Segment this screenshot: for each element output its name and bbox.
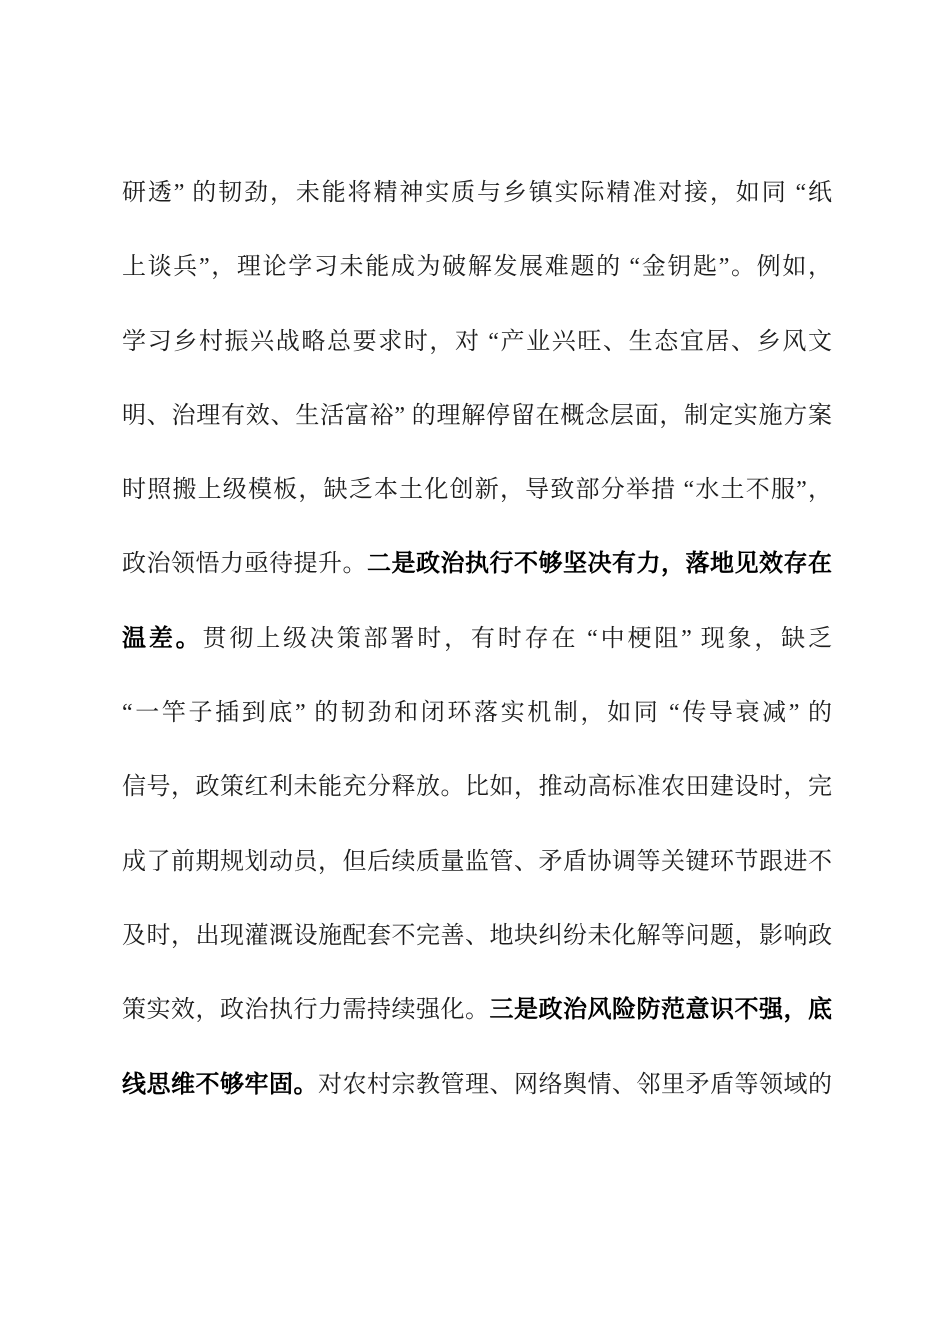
text-line-10: 成了前期规划动员，但后续质量监管、矛盾协调等关键环节跟进不	[122, 825, 832, 899]
text-segment: 研透” 的韧劲，未能将精神实质与乡镇实际精准对接，如同 “纸	[122, 180, 832, 206]
text-segment: 上谈兵”，理论学习未能成为破解发展难题的 “金钥匙”。例如，	[122, 254, 832, 280]
text-segment: 时照搬上级模板，缺乏本土化创新，导致部分举措 “水土不服”，	[122, 477, 832, 503]
text-segment: 信号，政策红利未能充分释放。比如，推动高标准农田建设时，完	[122, 774, 832, 800]
text-line-6: 政治领悟力亟待提升。二是政治执行不够坚决有力，落地见效存在	[122, 527, 832, 601]
text-segment: 政治领悟力亟待提升。	[122, 551, 367, 577]
text-line-2: 上谈兵”，理论学习未能成为破解发展难题的 “金钥匙”。例如，	[122, 230, 832, 304]
bold-text-segment: 三是政治风险防范意识不强，底	[490, 997, 833, 1023]
text-line-11: 及时，出现灌溉设施配套不完善、地块纠纷未化解等问题，影响政	[122, 899, 832, 973]
text-line-13: 线思维不够牢固。对农村宗教管理、网络舆情、邻里矛盾等领域的	[122, 1048, 832, 1122]
text-line-4: 明、治理有效、生活富裕” 的理解停留在概念层面，制定实施方案	[122, 379, 832, 453]
text-segment: 贯彻上级决策部署时，有时存在 “中梗阻” 现象，缺乏	[203, 626, 832, 652]
text-line-1: 研透” 的韧劲，未能将精神实质与乡镇实际精准对接，如同 “纸	[122, 156, 832, 230]
text-segment: 明、治理有效、生活富裕” 的理解停留在概念层面，制定实施方案	[122, 403, 832, 429]
text-segment: 学习乡村振兴战略总要求时，对 “产业兴旺、生态宜居、乡风文	[122, 329, 832, 355]
bold-text-segment: 线思维不够牢固。	[122, 1072, 318, 1098]
text-segment: “一竿子插到底” 的韧劲和闭环落实机制，如同 “传导衰减” 的	[122, 700, 832, 726]
text-segment: 及时，出现灌溉设施配套不完善、地块纠纷未化解等问题，影响政	[122, 923, 832, 949]
text-line-3: 学习乡村振兴战略总要求时，对 “产业兴旺、生态宜居、乡风文	[122, 305, 832, 379]
document-text-block: 研透” 的韧劲，未能将精神实质与乡镇实际精准对接，如同 “纸上谈兵”，理论学习未…	[122, 156, 832, 1122]
bold-text-segment: 二是政治执行不够坚决有力，落地见效存在	[367, 551, 832, 577]
text-segment: 对农村宗教管理、网络舆情、邻里矛盾等领域的	[318, 1072, 832, 1098]
text-segment: 策实效，政治执行力需持续强化。	[122, 997, 490, 1023]
text-line-12: 策实效，政治执行力需持续强化。三是政治风险防范意识不强，底	[122, 973, 832, 1047]
text-segment: 成了前期规划动员，但后续质量监管、矛盾协调等关键环节跟进不	[122, 849, 832, 875]
text-line-5: 时照搬上级模板，缺乏本土化创新，导致部分举措 “水土不服”，	[122, 453, 832, 527]
bold-text-segment: 温差。	[122, 626, 203, 652]
text-line-7: 温差。贯彻上级决策部署时，有时存在 “中梗阻” 现象，缺乏	[122, 602, 832, 676]
document-page: 研透” 的韧劲，未能将精神实质与乡镇实际精准对接，如同 “纸上谈兵”，理论学习未…	[0, 0, 950, 1344]
text-line-8: “一竿子插到底” 的韧劲和闭环落实机制，如同 “传导衰减” 的	[122, 676, 832, 750]
text-line-9: 信号，政策红利未能充分释放。比如，推动高标准农田建设时，完	[122, 750, 832, 824]
